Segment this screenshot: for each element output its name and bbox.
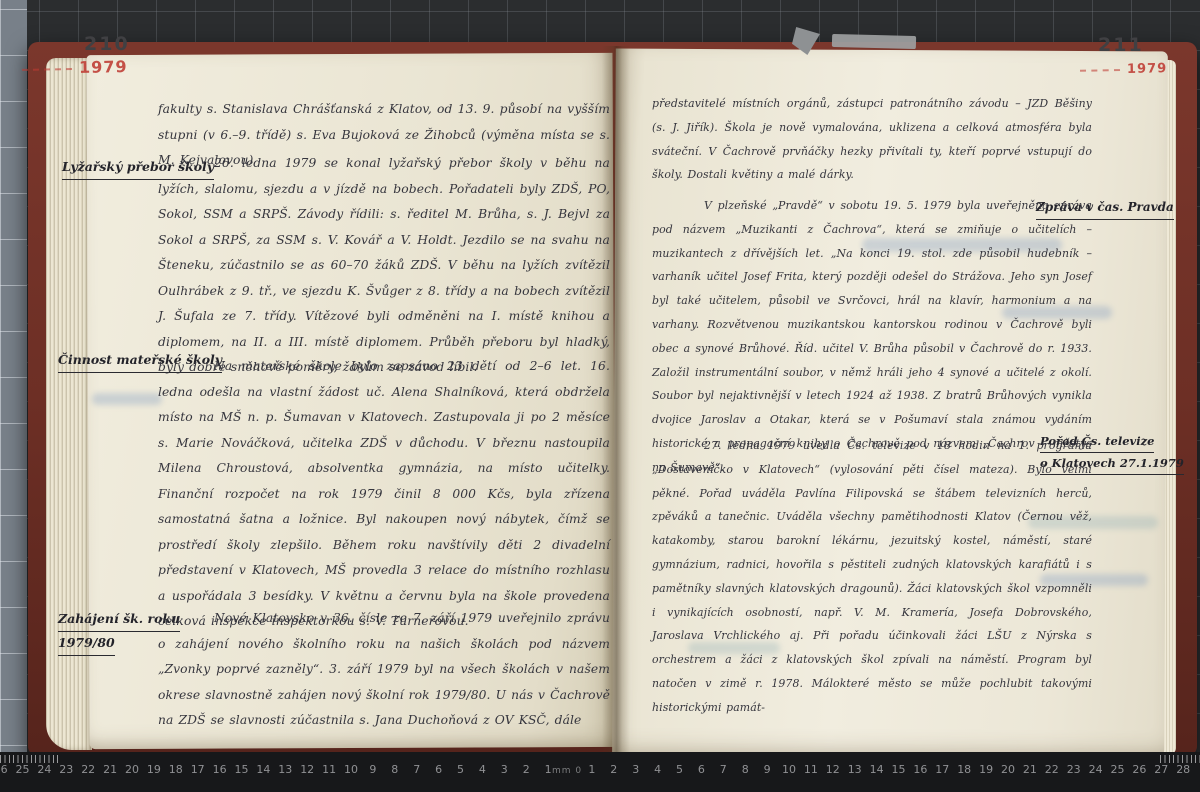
- ruler-number: 3: [501, 763, 508, 776]
- stamp-dash: [1080, 69, 1120, 72]
- ruler-number: 14: [256, 763, 270, 776]
- ruler-number: 22: [81, 763, 95, 776]
- paragraph-teachers-continuation: fakulty s. Stanislava Chrášťanská z Klat…: [158, 97, 610, 151]
- ruler: mm 0 26252423222120191817161514131211109…: [0, 752, 1200, 792]
- paragraph-opening-continuation: představitelé místních orgánů, zástupci …: [652, 92, 1092, 192]
- ruler-number: 1: [588, 763, 595, 776]
- ruler-number: 18: [957, 763, 971, 776]
- ruler-ticks: [1160, 755, 1200, 763]
- ruler-number: 11: [322, 763, 336, 776]
- ruler-zero-label: mm 0: [552, 766, 582, 776]
- ruler-number: 21: [103, 763, 117, 776]
- ruler-number: 12: [300, 763, 314, 776]
- ruler-number: 13: [278, 763, 292, 776]
- paragraph-school-year-opening: Nové Klatovsko v 36. čísle ze 7. září 19…: [158, 606, 610, 738]
- ruler-number: 19: [147, 763, 161, 776]
- page-number-right: 211: [1098, 34, 1144, 56]
- ruler-number: 20: [125, 763, 139, 776]
- ruler-number: 21: [1023, 763, 1037, 776]
- ruler-number: 7: [720, 763, 727, 776]
- ruler-number: 8: [391, 763, 398, 776]
- ruler-number: 15: [235, 763, 249, 776]
- ruler-number: 14: [870, 763, 884, 776]
- ruler-number: 15: [892, 763, 906, 776]
- ruler-number: 11: [804, 763, 818, 776]
- page-number-left: 210: [84, 33, 130, 55]
- ruler-number: 19: [979, 763, 993, 776]
- ruler-number: 2: [610, 763, 617, 776]
- ruler-number: 10: [782, 763, 796, 776]
- ink-showthrough: [92, 393, 162, 405]
- ruler-number: 5: [457, 763, 464, 776]
- ruler-number: 3: [632, 763, 639, 776]
- ruler-number: 13: [848, 763, 862, 776]
- ruler-number: 24: [37, 763, 51, 776]
- ruler-number: 24: [1089, 763, 1103, 776]
- ruler-number: 9: [369, 763, 376, 776]
- ruler-number: 4: [479, 763, 486, 776]
- ruler-number: 25: [1111, 763, 1125, 776]
- ruler-number: 28: [1176, 763, 1190, 776]
- photographed-chronicle-scene: 210 1979 211 1979 Lyžařský přebor školy …: [0, 0, 1200, 792]
- ruler-number: 26: [0, 763, 8, 776]
- paragraph-ski-championship: 26. ledna 1979 se konal lyžařský přebor …: [158, 151, 610, 356]
- calibration-grid-band: [0, 0, 27, 792]
- ruler-number: 17: [935, 763, 949, 776]
- year-stamp-right: 1979: [1080, 61, 1167, 78]
- ruler-number: 16: [913, 763, 927, 776]
- bookmark-ribbon-icon: [832, 34, 916, 49]
- ruler-number: 7: [413, 763, 420, 776]
- ruler-number: 2: [523, 763, 530, 776]
- ruler-number: 18: [169, 763, 183, 776]
- ruler-number: 23: [1067, 763, 1081, 776]
- ruler-number: 25: [16, 763, 30, 776]
- year-stamp-left: 1979: [22, 57, 128, 78]
- ruler-number: 5: [676, 763, 683, 776]
- ruler-number: 6: [698, 763, 705, 776]
- ruler-number: 16: [213, 763, 227, 776]
- paragraph-pravda-article: V plzeňské „Pravdě“ v sobotu 19. 5. 1979…: [652, 194, 1092, 432]
- ruler-number: 22: [1045, 763, 1059, 776]
- ruler-number: 26: [1132, 763, 1146, 776]
- paragraph-tv-program: 27. ledna 1979 uvedla Čs. televize v 18 …: [652, 434, 1092, 698]
- ruler-number: 20: [1001, 763, 1015, 776]
- ruler-number: 27: [1154, 763, 1168, 776]
- ruler-number: 8: [742, 763, 749, 776]
- ruler-number: 1: [545, 763, 552, 776]
- ruler-number: 10: [344, 763, 358, 776]
- ruler-ticks: [0, 755, 58, 763]
- ruler-number: 9: [764, 763, 771, 776]
- ruler-number: 12: [826, 763, 840, 776]
- ruler-number: 4: [654, 763, 661, 776]
- ruler-number: 17: [191, 763, 205, 776]
- paragraph-kindergarten: Na mateřské škole bylo zapsáno 23 dětí o…: [158, 354, 610, 610]
- ruler-number: 23: [59, 763, 73, 776]
- ruler-number: 6: [435, 763, 442, 776]
- stamp-dash: [22, 68, 72, 71]
